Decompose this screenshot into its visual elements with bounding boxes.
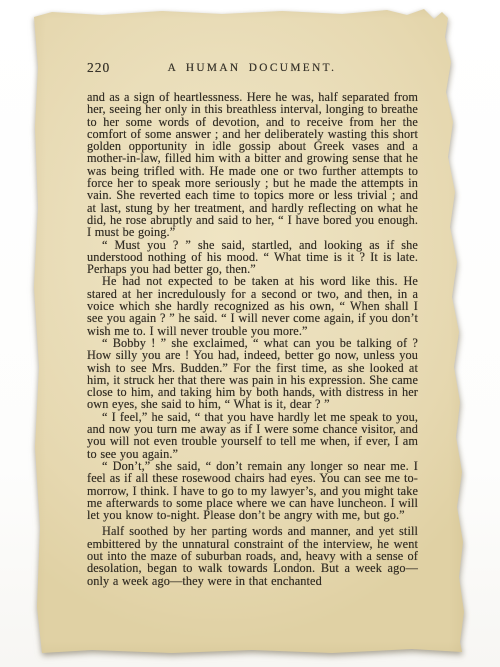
- paragraph: and as a sign of heartlessness. Here he …: [87, 91, 418, 239]
- paragraph: “ Don’t,” she said, “ don’t remain any l…: [87, 460, 418, 521]
- paragraph: Half soothed by her parting words and ma…: [87, 525, 418, 586]
- paragraph: He had not expected to be taken at his w…: [87, 275, 418, 336]
- page-shadow: 220 A HUMAN DOCUMENT. and as a sign of h…: [32, 7, 465, 655]
- scan-background: 220 A HUMAN DOCUMENT. and as a sign of h…: [0, 0, 500, 667]
- paragraph: “ Must you ? ” she said, startled, and l…: [87, 239, 418, 276]
- page-body: and as a sign of heartlessness. Here he …: [87, 91, 418, 587]
- page-header: 220 A HUMAN DOCUMENT.: [87, 60, 417, 75]
- running-title: A HUMAN DOCUMENT.: [87, 62, 417, 74]
- paragraph: “ I feel,” he said, “ that you have hard…: [87, 411, 418, 460]
- paragraph: “ Bobby ! ” she exclaimed, “ what can yo…: [87, 337, 418, 411]
- book-page: 220 A HUMAN DOCUMENT. and as a sign of h…: [32, 7, 465, 655]
